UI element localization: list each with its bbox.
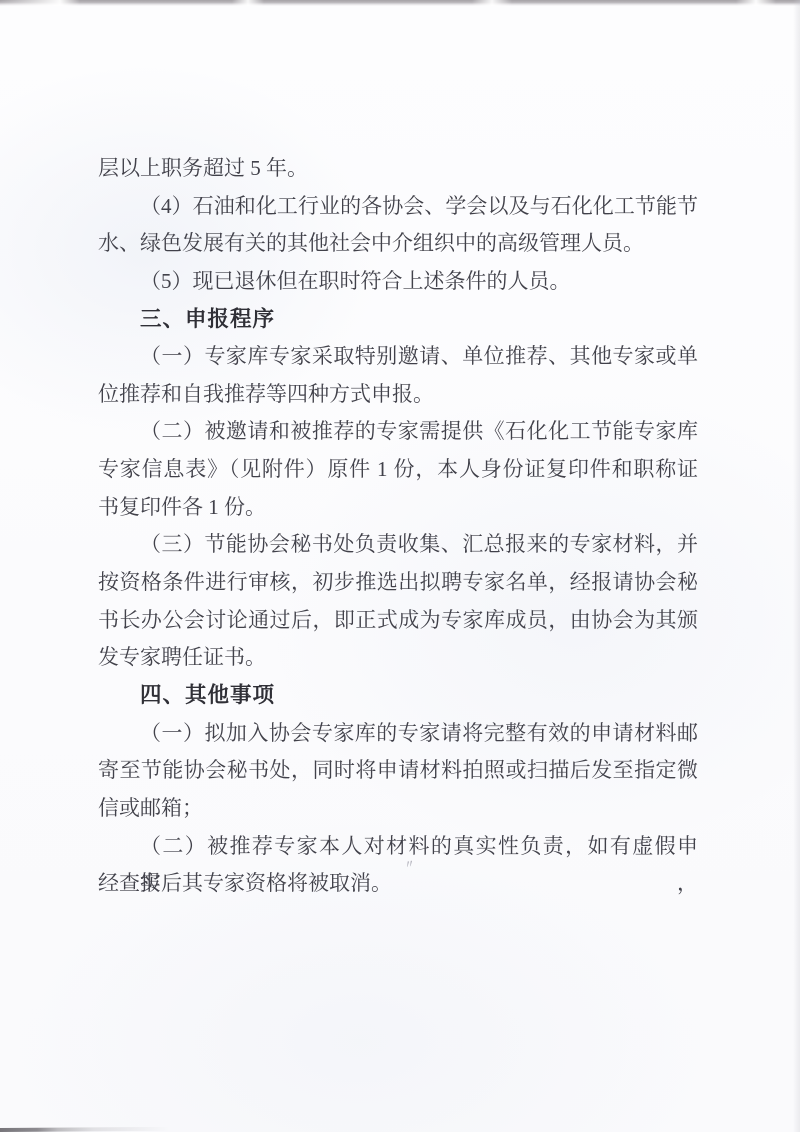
document-line: 发专家聘任证书。 bbox=[98, 639, 698, 677]
document-line: 信或邮箱； bbox=[98, 790, 698, 828]
scanned-document-page: 层以上职务超过 5 年。（4）石油和化工行业的各协会、学会以及与石化化工节能节水… bbox=[0, 0, 800, 1132]
section-heading: 三、申报程序 bbox=[98, 301, 698, 339]
document-line: （一）拟加入协会专家库的专家请将完整有效的申请材料邮 bbox=[98, 715, 698, 753]
document-line: （5）现已退休但在职时符合上述条件的人员。 bbox=[98, 263, 698, 301]
document-line: （二）被推荐专家本人对材料的真实性负责，如有虚假申报， bbox=[98, 828, 698, 866]
document-line: 位推荐和自我推荐等四种方式申报。 bbox=[98, 376, 698, 414]
document-line: 水、绿色发展有关的其他社会中介组织中的高级管理人员。 bbox=[98, 225, 698, 263]
document-line: 专家信息表》（见附件）原件 1 份，本人身份证复印件和职称证 bbox=[98, 451, 698, 489]
document-line: （一）专家库专家采取特别邀请、单位推荐、其他专家或单 bbox=[98, 338, 698, 376]
document-line: 寄至节能协会秘书处，同时将申请材料拍照或扫描后发至指定微 bbox=[98, 752, 698, 790]
document-line: 层以上职务超过 5 年。 bbox=[98, 150, 698, 188]
scan-edge-right-artifact bbox=[793, 0, 800, 1132]
scan-corner-artifact bbox=[0, 1127, 170, 1132]
document-line: （三）节能协会秘书处负责收集、汇总报来的专家材料，并 bbox=[98, 526, 698, 564]
document-line: 书复印件各 1 份。 bbox=[98, 489, 698, 527]
document-line: 按资格条件进行审核，初步推选出拟聘专家名单，经报请协会秘 bbox=[98, 564, 698, 602]
scan-edge-top-artifact bbox=[0, 0, 800, 6]
document-text-block: 层以上职务超过 5 年。（4）石油和化工行业的各协会、学会以及与石化化工节能节水… bbox=[98, 150, 698, 903]
document-line: （二）被邀请和被推荐的专家需提供《石化化工节能专家库 bbox=[98, 413, 698, 451]
document-line: （4）石油和化工行业的各协会、学会以及与石化化工节能节 bbox=[98, 188, 698, 226]
section-heading: 四、其他事项 bbox=[98, 677, 698, 715]
document-line: 书长办公会讨论通过后，即正式成为专家库成员，由协会为其颁 bbox=[98, 602, 698, 640]
